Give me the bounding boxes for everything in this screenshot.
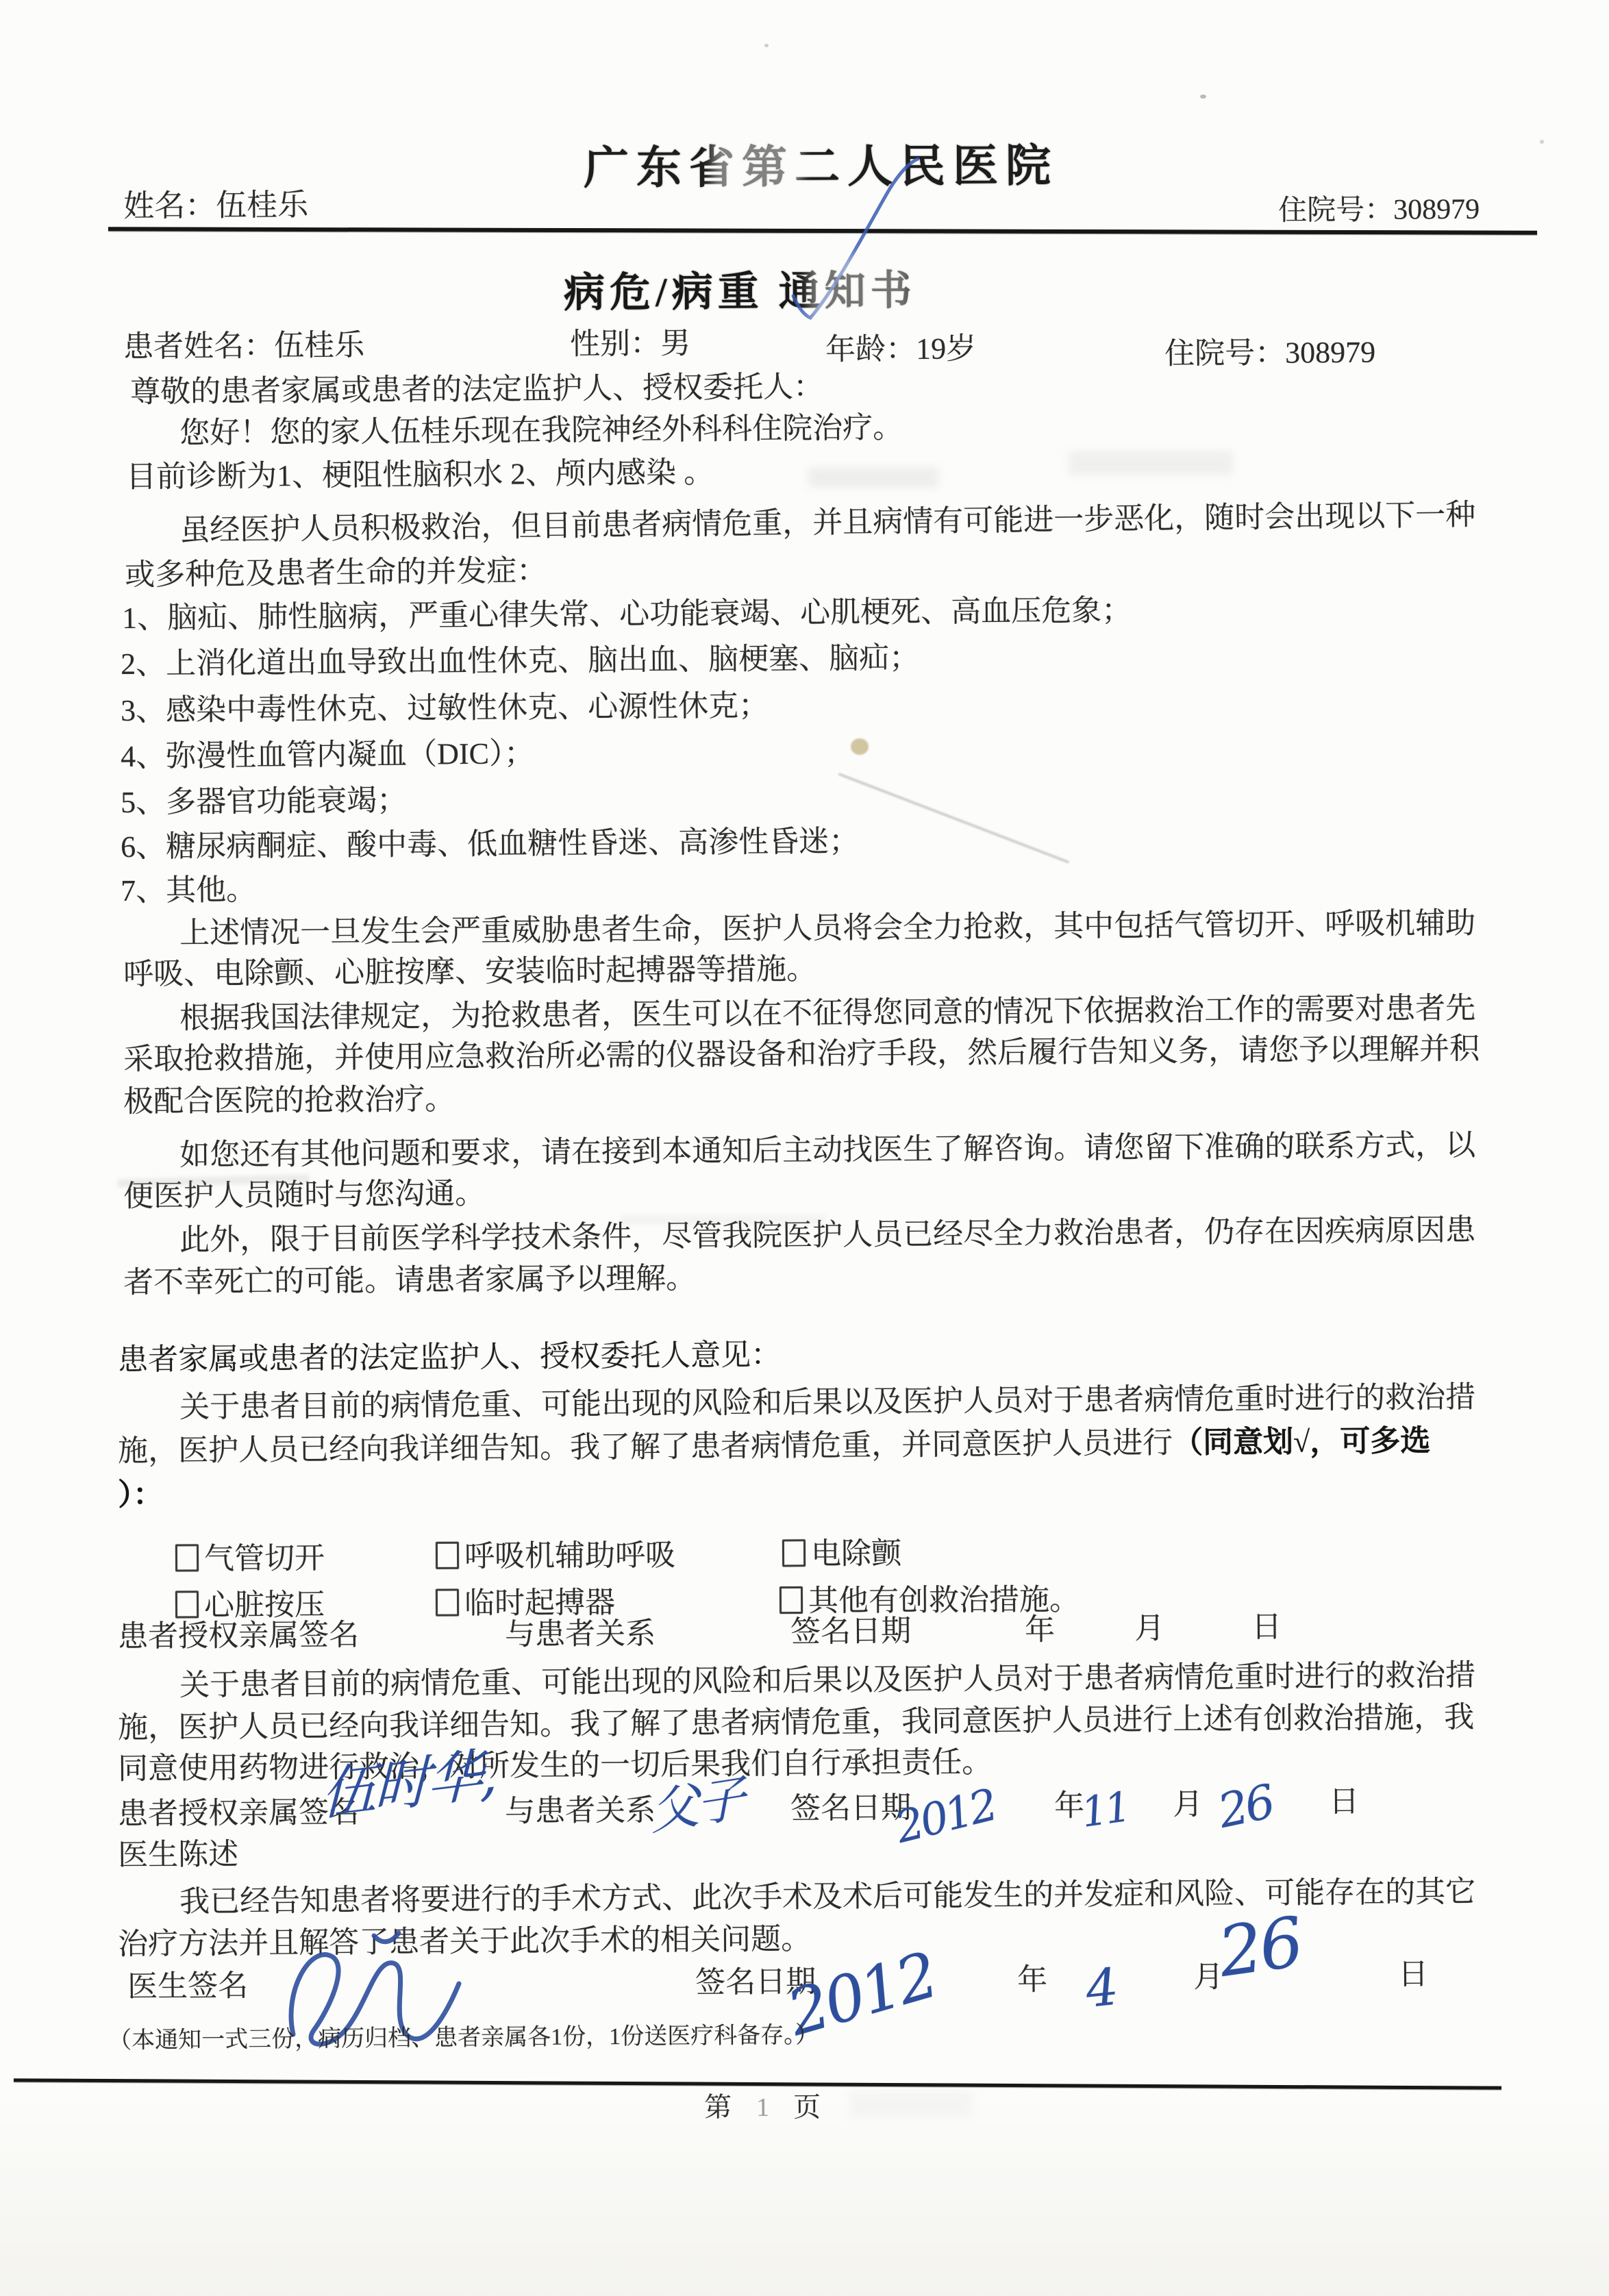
opinion-line: 施，医护人员已经向我详细告知。我了解了患者病情危重，并同意医护人员进行（同意划√…	[118, 1424, 1430, 1469]
option-temporary-pacemaker: 临时起搏器	[436, 1577, 615, 1622]
day-label: 日	[1329, 1785, 1359, 1820]
smudge-artifact	[1069, 451, 1233, 475]
year-label: 年	[1017, 1963, 1047, 1998]
option-label: 呼吸机辅助呼吸	[464, 1538, 675, 1573]
complication-item: 4、弥漫性血管内凝血（DIC）；	[121, 736, 534, 774]
relation-handwriting: 父子	[649, 1758, 745, 1844]
body-line: 尊敬的患者家属或患者的法定监护人、授权委托人：	[130, 370, 823, 410]
body-line: 极配合医院的抢救治疗。	[123, 1082, 455, 1119]
stain-dot-artifact	[851, 738, 869, 755]
body-line: 便医护人员随时与您沟通。	[123, 1177, 485, 1214]
month-label: 月	[1134, 1612, 1164, 1647]
year-label: 年	[1025, 1613, 1055, 1648]
family-opinion-heading: 患者家属或患者的法定监护人、授权委托人意见：	[118, 1338, 781, 1377]
opinion-line: ）：	[118, 1477, 163, 1512]
option-label: 气管切开	[204, 1541, 325, 1575]
patient-admission-number-field: 住院号：308979	[1164, 336, 1375, 372]
body-line: 者不幸死亡的可能。请患者家属予以理解。	[123, 1261, 696, 1300]
admission-number-header: 住院号：308979	[1278, 193, 1480, 228]
consent-line: 同意使用药物进行救治，对所发生的一切后果我们自行承担责任。	[118, 1745, 992, 1787]
month-label: 月	[1193, 1960, 1223, 1995]
opinion-line-bold: （同意划√，可多选	[1173, 1424, 1431, 1460]
body-line: 上述情况一旦发生会严重威胁患者生命，医护人员将会全力抢救，其中包括气管切开、呼吸…	[179, 906, 1475, 951]
patient-gender-field: 性别：男	[570, 327, 690, 362]
family-sign-month-handwriting: 11	[1078, 1783, 1131, 1837]
patient-name-field: 患者姓名：伍桂乐	[123, 328, 364, 364]
patient-name-header-field: 姓名：伍桂乐	[123, 188, 308, 225]
option-label: 心脏按压	[204, 1588, 325, 1622]
complication-item: 3、感染中毒性休克、过敏性休克、心源性休克；	[121, 689, 769, 729]
body-line: 您好！您的家人伍桂乐现在我院神经外科科住院治疗。	[179, 411, 903, 451]
body-line: 呼吸、电除颤、心脏按摩、安装临时起搏器等措施。	[123, 952, 816, 993]
complication-item: 6、糖尿病酮症、酸中毒、低血糖性昏迷、高渗性昏迷；	[121, 825, 859, 865]
option-chest-compression: 心脏按压	[175, 1580, 325, 1624]
header-divider-line	[108, 227, 1537, 234]
body-line: 如您还有其他问题和要求，请在接到本通知后主动找医生了解咨询。请您留下准确的联系方…	[179, 1128, 1475, 1173]
day-label: 日	[1251, 1610, 1282, 1645]
diagnosis-line: 目前诊断为1、梗阻性脑积水 2、颅内感染 。	[126, 456, 714, 495]
checkbox-icon	[436, 1589, 459, 1617]
doctor-sign-month-handwriting: 4	[1083, 1958, 1119, 2019]
family-signature-label: 患者授权亲属签名	[118, 1618, 359, 1654]
option-tracheotomy: 气管切开	[175, 1533, 325, 1577]
speck-artifact	[1200, 95, 1206, 99]
smudge-artifact	[849, 2091, 973, 2118]
hospital-title: 广东省第二人民医院	[584, 129, 1058, 197]
footer-divider-line	[14, 2078, 1501, 2089]
speck-artifact	[764, 44, 769, 47]
body-line: 虽经医护人员积极救治，但目前患者病情危重，并且病情有可能进一步恶化，随时会出现以…	[179, 498, 1475, 549]
doctor-statement-line: 治疗方法并且解答了患者关于此次手术的相关问题。	[118, 1922, 811, 1962]
relation-label: 与患者关系	[505, 1793, 656, 1829]
month-label: 月	[1173, 1788, 1203, 1823]
checkbox-icon	[175, 1590, 199, 1618]
distribution-note: （本通知一式三份，病历归档、患者亲属各1份，1份送医疗科备存。）	[108, 2022, 819, 2054]
consent-line: 施，医护人员已经向我详细告知。我了解了患者病情危重，我同意医护人员进行上述有创救…	[118, 1700, 1474, 1745]
option-label: 电除颤	[811, 1537, 901, 1571]
speck-artifact	[1540, 140, 1544, 144]
complication-item: 7、其他。	[121, 873, 256, 908]
checkbox-icon	[175, 1544, 199, 1571]
body-line: 根据我国法律规定，为抢救患者，医生可以在不征得您同意的情况下依据救治工作的需要对…	[179, 991, 1475, 1036]
complication-item: 1、脑疝、肺性脑病，严重心律失常、心功能衰竭、心肌梗死、高血压危象；	[122, 593, 1132, 636]
opinion-line-normal: 施，医护人员已经向我详细告知。我了解了患者病情危重，并同意医护人员进行	[118, 1426, 1173, 1468]
smudge-artifact	[808, 467, 938, 488]
option-label: 临时起搏器	[464, 1586, 615, 1620]
patient-age-field: 年龄：19岁	[825, 332, 976, 367]
relation-label: 与患者关系	[505, 1617, 656, 1652]
doctor-statement-heading: 医生陈述	[118, 1838, 238, 1873]
document-title: 病危/病重 通知书	[564, 258, 916, 319]
checkbox-icon	[782, 1539, 806, 1567]
complication-item: 2、上消化道出血导致出血性休克、脑出血、脑梗塞、脑疝；	[121, 641, 919, 682]
body-line: 此外，限于目前医学科学技术条件，尽管我院医护人员已经尽全力救治患者，仍存在因疾病…	[179, 1213, 1475, 1258]
pencil-line-artifact	[838, 773, 1070, 864]
checkbox-icon	[779, 1586, 803, 1614]
page-number: 1	[756, 2093, 769, 2123]
consent-line: 关于患者目前的病情危重、可能出现的风险和后果以及医护人员对于患者病情危重时进行的…	[179, 1658, 1475, 1703]
doctor-signature-label: 医生签名	[127, 1969, 248, 2005]
scanned-document-page: 广东省第二人民医院 姓名：伍桂乐 住院号：308979 病危/病重 通知书 患者…	[0, 0, 1609, 2296]
checkbox-icon	[436, 1542, 459, 1569]
family-sign-day-handwriting: 26	[1214, 1775, 1277, 1839]
complication-item: 5、多器官功能衰竭；	[121, 784, 407, 821]
day-label: 日	[1398, 1958, 1428, 1993]
option-defibrillation: 电除颤	[782, 1529, 901, 1573]
page-number-prefix: 第	[704, 2092, 733, 2123]
body-line: 或多种危及患者生命的并发症：	[125, 554, 547, 593]
doctor-sign-day-handwriting: 26	[1214, 1902, 1306, 1993]
sign-date-label: 签名日期	[790, 1614, 911, 1650]
page-number-suffix: 页	[793, 2092, 821, 2123]
family-signature-handwriting: 伍时华,	[321, 1729, 496, 1831]
body-line: 采取抢救措施，并使用应急救治所必需的仪器设备和治疗手段，然后履行告知义务，请您予…	[123, 1032, 1480, 1077]
option-ventilator: 呼吸机辅助呼吸	[436, 1530, 675, 1575]
opinion-line: 关于患者目前的病情危重、可能出现的风险和后果以及医护人员对于患者病情危重时进行的…	[179, 1380, 1475, 1425]
